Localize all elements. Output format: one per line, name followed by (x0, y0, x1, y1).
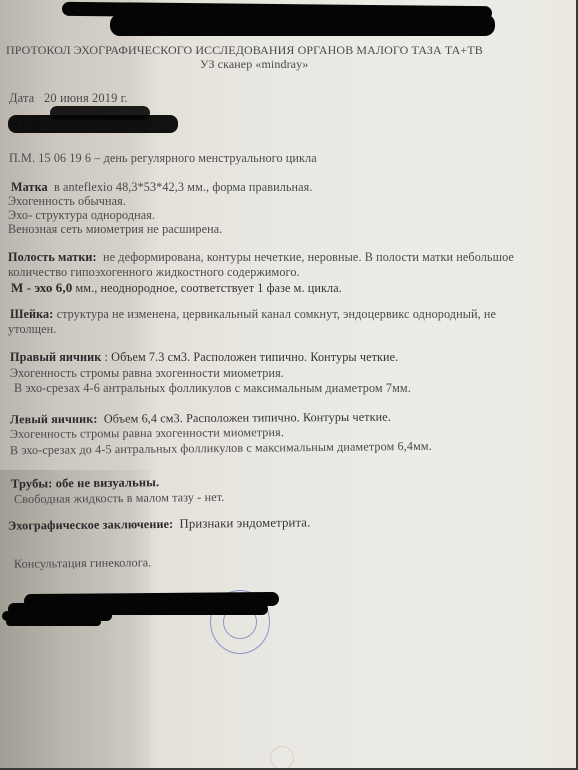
date-value: 20 июня 2019 г. (44, 91, 128, 105)
cervix-desc: структура не изменена, цервикальный кана… (57, 307, 497, 321)
right-ovary-line-1: Правый яичник : Объем 7.3 см3. Расположе… (10, 350, 398, 365)
uterus-line-4: Венозная сеть миометрия не расширена. (8, 222, 222, 237)
uterus-line-1: Матка в anteflexio 48,3*53*42,3 мм., фор… (11, 180, 313, 195)
right-ovary-volume: : Объем 7.3 см3. Расположен типично. Кон… (105, 350, 399, 364)
cavity-line-2: количество гипоэхогенного жидкостного со… (8, 265, 300, 280)
conclusion-line: Эхографическое заключение: Признаки эндо… (8, 515, 310, 533)
cervix-line-2: утолщен. (8, 322, 56, 337)
right-ovary-label: Правый яичник (10, 350, 101, 364)
right-ovary-line-2: Эхогенность стромы равна эхогенности мио… (10, 366, 284, 381)
redaction-patient-name-2 (50, 106, 150, 120)
free-fluid: Свободная жидкость в малом тазу - нет. (14, 490, 224, 507)
scanner-label: УЗ сканер «mindray» (200, 57, 308, 72)
cavity-label: Полость матки: (8, 250, 97, 264)
left-ovary-volume: Объем 6,4 см3. Расположен типично. Конту… (104, 410, 391, 426)
uterus-size: в anteflexio 48,3*53*42,3 мм., форма пра… (54, 180, 313, 194)
tubes-label: Трубы: обе не визуальны. (11, 475, 159, 492)
conclusion-label: Эхографическое заключение: (8, 517, 173, 533)
document-title: ПРОТОКОЛ ЭХОГРАФИЧЕСКОГО ИССЛЕДОВАНИЯ ОР… (6, 43, 483, 58)
recommendation: Консультация гинеколога. (14, 555, 152, 571)
left-ovary-line-2: Эхогенность стромы равна эхогенности мио… (10, 425, 284, 442)
m-echo-label: М - эхо 6,0 (11, 280, 72, 295)
m-echo-desc: мм., неоднородное, соответствует 1 фазе … (75, 281, 341, 295)
date-label: Дата (9, 91, 34, 105)
conclusion-text: Признаки эндометрита. (179, 515, 310, 530)
redaction-signature-4 (6, 618, 101, 626)
uterus-line-2: Эхогенность обычная. (8, 194, 126, 209)
date-row: Дата 20 июня 2019 г. (9, 91, 128, 106)
paper-spot (270, 746, 294, 768)
document-page: ПРОТОКОЛ ЭХОГРАФИЧЕСКОГО ИССЛЕДОВАНИЯ ОР… (0, 0, 576, 768)
cavity-desc: не деформирована, контуры нечеткие, неро… (103, 250, 514, 264)
right-ovary-line-3: В эхо-срезах 4-6 антральных фолликулов с… (14, 381, 411, 396)
cervix-label: Шейка: (10, 307, 53, 321)
cavity-line-1: Полость матки: не деформирована, контуры… (8, 250, 514, 265)
cycle-info: П.М. 15 06 19 6 – день регулярного менст… (9, 151, 317, 166)
uterus-line-3: Эхо- структура однородная. (8, 208, 155, 223)
uterus-label: Матка (11, 180, 48, 194)
m-echo-line: М - эхо 6,0 мм., неоднородное, соответст… (11, 280, 342, 296)
cervix-line-1: Шейка: структура не изменена, цервикальн… (10, 307, 496, 322)
redaction-top-2 (110, 14, 495, 36)
left-ovary-line-3: В эхо-срезах до 4-5 антральных фолликуло… (10, 439, 432, 458)
left-ovary-label: Левый яичник: (10, 412, 98, 427)
